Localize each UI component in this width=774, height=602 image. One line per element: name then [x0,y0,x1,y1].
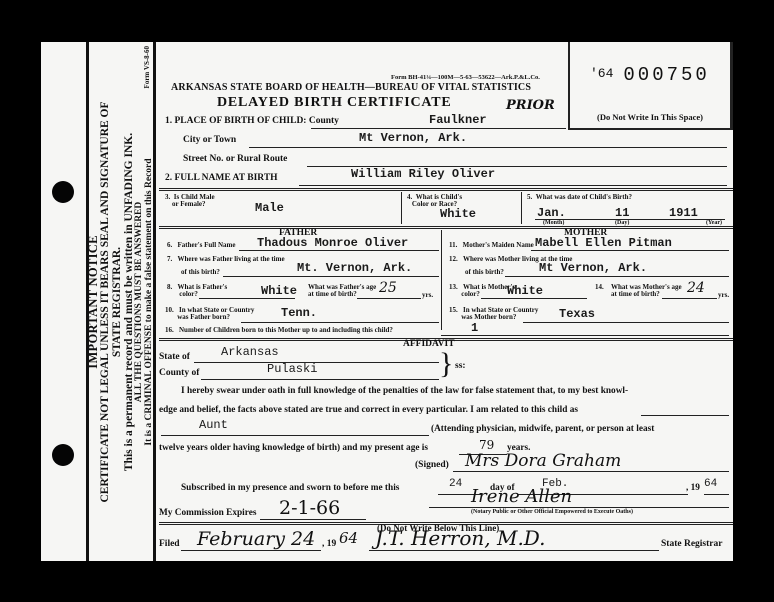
certificate-title: DELAYED BIRTH CERTIFICATE [217,95,452,111]
mother-residence-field[interactable]: Mt Vernon, Ark. [539,261,647,275]
father-age-field[interactable]: 25 [379,280,397,296]
father-color-field[interactable]: White [261,284,297,298]
relation-note: (Attending physician, midwife, parent, o… [431,424,654,434]
father-birthplace-num: 10. [165,306,174,314]
mother-age-field[interactable]: 24 [687,280,705,296]
notary-signature[interactable]: Irene Allen [471,486,572,507]
county-label: County of [159,368,199,378]
street-label: Street No. or Rural Route [183,154,287,164]
city-field[interactable]: Mt Vernon, Ark. [359,131,467,145]
dob-year-field[interactable]: 1911 [669,206,698,220]
affidavit-state-field[interactable]: Arkansas [221,345,279,359]
affidavit-text-2: edge and belief, the facts above stated … [159,405,578,415]
father-color-label-2: color? [179,290,198,298]
mother-color-label-2: color? [461,290,480,298]
certificate-form: Form BH-41¼—100M—5-63—53622—Ark.P.&L.Co.… [159,42,733,561]
important-notice-strip: IMPORTANT NOTICE CERTIFICATE NOT LEGAL U… [89,42,156,561]
children-num: 16. [165,326,174,334]
mother-residence-label-2: of this birth? [465,269,504,276]
commission-expires-field[interactable]: 2-1-66 [279,497,340,519]
affidavit-text-1: I hereby swear under oath in full knowle… [181,386,628,396]
sex-num: 3. [165,193,170,201]
father-name-num: 6. [167,241,172,249]
filed-date-field[interactable]: February 24 [197,528,315,550]
do-not-write-note: (Do Not Write In This Space) [570,112,730,122]
certificate-number-box: '64000750 (Do Not Write In This Space) [568,42,733,130]
county-field[interactable]: Faulkner [429,113,487,127]
mother-name-num: 11. [449,241,457,249]
father-name-field[interactable]: Thadous Monroe Oliver [257,236,408,250]
form-number: Form BH-41¼—100M—5-63—53622—Ark.P.&L.Co. [391,74,540,81]
signed-label: (Signed) [415,460,449,470]
punch-strip [41,42,89,561]
affidavit-text-3: twelve years older having knowledge of b… [159,443,428,453]
filed-label: Filed [159,539,180,549]
father-color-num: 8. [167,283,172,291]
issuing-board: ARKANSAS STATE BOARD OF HEALTH—BUREAU OF… [171,82,531,93]
punch-hole-icon [52,181,74,203]
brace-icon: } [439,349,453,379]
children-label: Number of Children born to this Mother u… [179,326,393,334]
mother-birthplace-field[interactable]: Texas [559,307,595,321]
father-name-label: Father's Full Name [178,241,236,249]
subscribed-text: Subscribed in my presence and sworn to b… [181,483,399,493]
state-registrar-label: State Registrar [661,539,722,549]
birth-certificate-page: IMPORTANT NOTICE CERTIFICATE NOT LEGAL U… [41,42,733,561]
relation-field[interactable]: Aunt [199,418,228,432]
registrar-signature[interactable]: J.T. Herron, M.D. [375,526,546,550]
mother-age-unit: yrs. [718,292,729,299]
commission-label: My Commission Expires [159,508,256,518]
sworn-day-field[interactable]: 24 [449,478,462,490]
filed-year-field[interactable]: 64 [339,529,358,547]
affiant-age-field[interactable]: 79 [479,438,494,452]
mother-residence-num: 12. [449,255,458,263]
mother-name-field[interactable]: Mabell Ellen Pitman [535,236,672,250]
father-birthplace-field[interactable]: Tenn. [281,306,317,320]
dob-day-field[interactable]: 11 [615,206,629,220]
city-label: City or Town [183,135,236,145]
children-count-field[interactable]: 1 [471,321,478,335]
father-residence-field[interactable]: Mt. Vernon, Ark. [297,261,412,275]
place-of-birth-label: 1. PLACE OF BIRTH OF CHILD: County [165,116,339,126]
father-residence-label-1: Where was Father living at the time [178,255,285,263]
father-age-unit: yrs. [422,292,433,299]
sex-label-2: or Female? [172,200,206,208]
sex-field[interactable]: Male [255,201,284,215]
certificate-number: '64000750 [590,64,710,86]
state-label: State of [159,352,190,362]
child-color-field[interactable]: White [440,207,476,221]
full-name-field[interactable]: William Riley Oliver [351,167,495,181]
father-residence-num: 7. [167,255,172,263]
mother-birthplace-label-2: was Mother born? [461,313,516,321]
ss-label: ss: [455,361,466,371]
affiant-signature[interactable]: Mrs Dora Graham [465,451,621,471]
form-code: Form VS-8-60 [143,46,151,88]
mother-birthplace-num: 15. [449,306,458,314]
affidavit-county-field[interactable]: Pulaski [267,362,317,376]
dob-num: 5. [527,193,532,201]
father-birthplace-label-2: was Father born? [177,313,230,321]
sworn-year-field[interactable]: 64 [704,478,717,490]
mother-name-label: Mother's Maiden Name [463,241,534,249]
mother-age-num: 14. [595,284,604,291]
notice-offense-text: It is a CRIMINAL OFFENSE to make a false… [145,158,155,445]
notary-label: (Notary Public or Other Official Empower… [471,509,633,515]
filed-year-prefix: , 19 [322,539,336,549]
notice-registrar-text: STATE REGISTRAR. [112,246,124,356]
dob-month-field[interactable]: Jan. [537,206,566,220]
mother-color-field[interactable]: White [507,284,543,298]
mother-color-num: 13. [449,283,458,291]
full-name-label: 2. FULL NAME AT BIRTH [165,173,278,183]
punch-hole-icon [52,444,74,466]
sworn-year-prefix: , 19 [686,483,700,493]
father-residence-label-2: of this birth? [181,269,220,276]
mother-age-label-2: at time of birth? [611,290,660,298]
dob-label: What was date of Child's Birth? [536,193,632,201]
prior-stamp: PRIOR [506,98,555,113]
father-age-label-2: at time of birth? [308,290,357,298]
